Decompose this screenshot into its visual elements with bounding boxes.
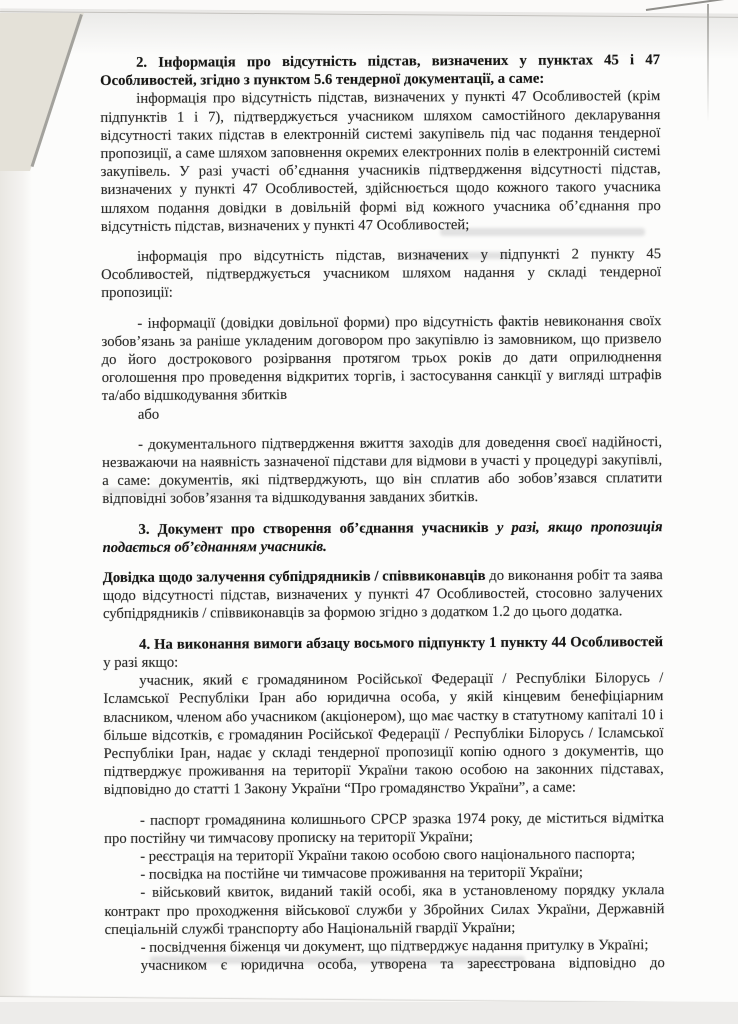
section3-heading: 3. Документ про створення об’єднання уча… bbox=[102, 518, 662, 557]
scanned-document-page: 2. Інформація про відсутність підстав, в… bbox=[0, 0, 738, 1024]
section3-heading-bold: 3. Документ про створення об’єднання уча… bbox=[138, 520, 496, 538]
scan-right-edge-line bbox=[707, 4, 709, 122]
section4-item-passport-ussr: - паспорт громадянина колишнього СРСР зр… bbox=[104, 809, 664, 848]
section4-item-military-ticket: - військовий квиток, виданий такій особі… bbox=[104, 881, 664, 939]
scan-top-right-edge-line bbox=[646, 0, 738, 11]
section4-closing-line: учасником є юридична особа, утворена та … bbox=[105, 954, 665, 975]
scan-corner-fold-edge bbox=[31, 14, 83, 167]
section4-heading-bold: 4. На виконання вимоги абзацу восьмого п… bbox=[139, 634, 663, 653]
scan-corner-fold bbox=[0, 13, 92, 171]
section2-heading: 2. Інформація про відсутність підстав, в… bbox=[100, 51, 660, 90]
section2-clause-a: - інформації (довідки довільної форми) п… bbox=[101, 312, 661, 406]
section2-paragraph-declaration: інформація про відсутність підстав, визн… bbox=[100, 87, 661, 236]
section4-heading: 4. На виконання вимоги абзацу восьмого п… bbox=[103, 633, 663, 672]
subcontractors-lead: Довідка щодо залучення субпідрядників / … bbox=[103, 568, 486, 586]
scanner-lid-band bbox=[0, 0, 738, 18]
section2-or-word: або bbox=[102, 403, 662, 424]
document-body: 2. Інформація про відсутність підстав, в… bbox=[100, 51, 665, 975]
subcontractors-paragraph: Довідка щодо залучення субпідрядників / … bbox=[103, 566, 663, 624]
scan-left-shadow-strip bbox=[0, 14, 32, 1024]
section4-intro-paragraph: учасник, який є громадянином Російської … bbox=[103, 669, 664, 799]
scan-bottom-shadow-band bbox=[0, 1002, 738, 1024]
section4-heading-tail: у разі якщо: bbox=[103, 654, 178, 670]
section2-paragraph-subitem2: інформація про відсутність підстав, визн… bbox=[101, 245, 661, 303]
scan-bottom-page-edge bbox=[0, 997, 738, 1013]
section2-clause-b: - документального підтвердження вжиття з… bbox=[102, 433, 662, 509]
section2-heading-text: 2. Інформація про відсутність підстав, в… bbox=[100, 52, 660, 89]
